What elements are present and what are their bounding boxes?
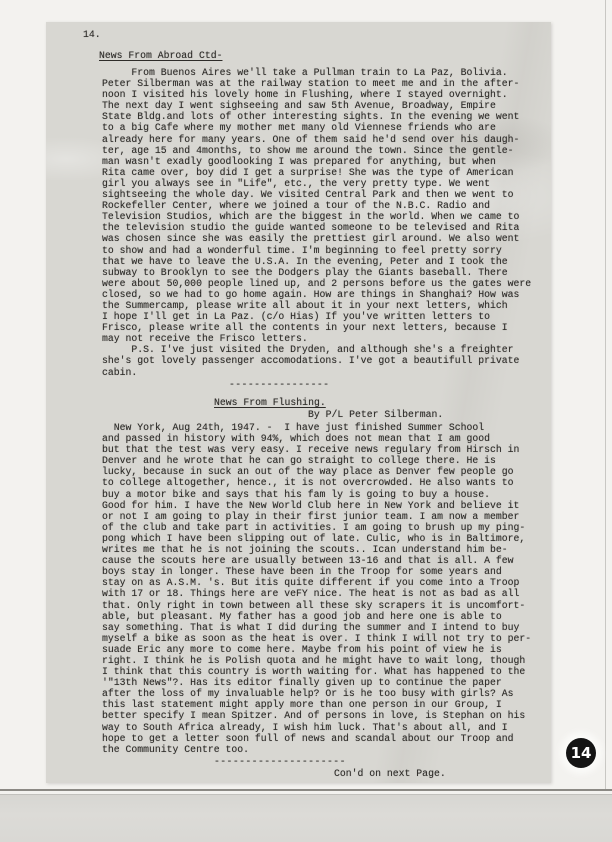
paragraph-news-from-flushing: New York, Aug 24th, 1947. - I have just … <box>102 422 552 755</box>
scanner-background <box>0 794 612 842</box>
continued-note: Con'd on next Page. <box>334 768 446 779</box>
page-number-badge: 14 <box>566 738 596 768</box>
byline: By P/L Peter Silberman. <box>308 409 443 420</box>
section-heading-news-from-abroad: News From Abroad Ctd- <box>99 50 222 61</box>
page-number: 14. <box>83 29 101 40</box>
backing-sheet-bottom-edge <box>0 789 612 791</box>
paragraph-news-from-abroad: From Buenos Aires we'll take a Pullman t… <box>102 67 552 378</box>
dashed-separator: ---------------- <box>229 379 329 390</box>
dashed-separator: --------------------- <box>214 756 346 767</box>
scanned-page: 14. News From Abroad Ctd- From Buenos Ai… <box>0 0 612 842</box>
section-heading-news-from-flushing: News From Flushing. <box>214 397 326 408</box>
document-paper: 14. News From Abroad Ctd- From Buenos Ai… <box>46 22 551 783</box>
backing-sheet-right-edge <box>605 0 606 790</box>
